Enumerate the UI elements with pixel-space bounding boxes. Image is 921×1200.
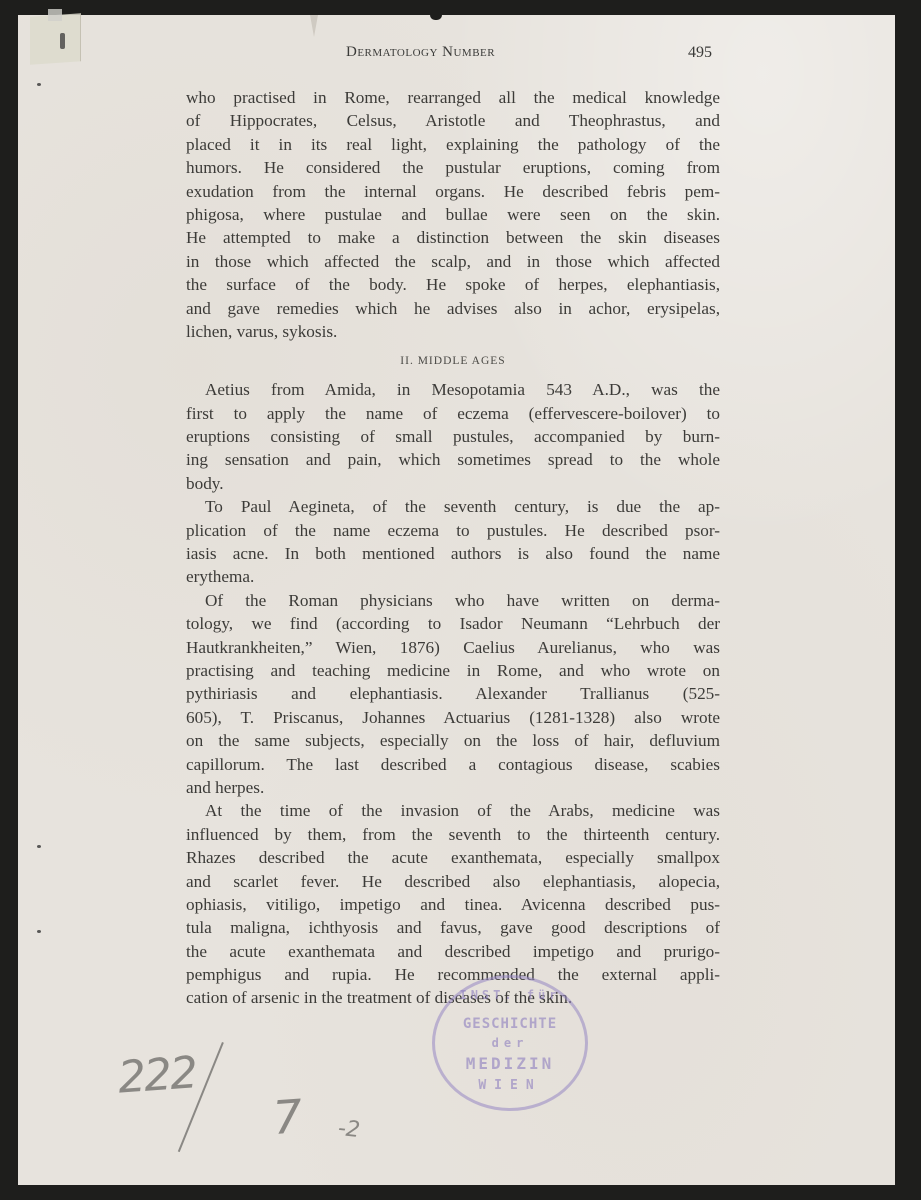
text-line: who practised in Rome, rearranged all th… <box>186 86 720 109</box>
text-line: ophiasis, vitiligo, impetigo and tinea. … <box>186 893 720 916</box>
text-line: practising and teaching medicine in Rome… <box>186 659 720 682</box>
paper-notch <box>430 15 442 20</box>
paragraph-3: To Paul Aegineta, of the seventh century… <box>186 495 720 589</box>
text-line: iasis acne. In both mentioned authors is… <box>186 542 720 565</box>
text-line: pemphigus and rupia. He recommended the … <box>186 963 720 986</box>
text-line: the acute exanthemata and described impe… <box>186 940 720 963</box>
text-line: plication of the name eczema to pustules… <box>186 519 720 542</box>
text-line: ing sensation and pain, which sometimes … <box>186 448 720 471</box>
paragraph-5: At the time of the invasion of the Arabs… <box>186 799 720 1010</box>
running-title: Dermatology Number <box>346 44 495 61</box>
text-line: of Hippocrates, Celsus, Aristotle and Th… <box>186 109 720 132</box>
text-line: erythema. <box>186 565 720 588</box>
text-line: tology, we find (according to Isador Neu… <box>186 612 720 635</box>
text-line: the surface of the body. He spoke of her… <box>186 273 720 296</box>
text-line: in those which affected the scalp, and i… <box>186 250 720 273</box>
text-line: At the time of the invasion of the Arabs… <box>186 799 720 822</box>
text-line: Of the Roman physicians who have written… <box>186 589 720 612</box>
text-line: exudation from the internal organs. He d… <box>186 180 720 203</box>
text-line: eruptions consisting of small pustules, … <box>186 425 720 448</box>
stamp-line: WIEN <box>435 1078 585 1093</box>
paragraph-1: who practised in Rome, rearranged all th… <box>186 86 720 343</box>
body-text: who practised in Rome, rearranged all th… <box>186 86 720 1010</box>
text-line: He attempted to make a distinction betwe… <box>186 226 720 249</box>
text-line: capillorum. The last described a contagi… <box>186 753 720 776</box>
text-line: tula maligna, ichthyosis and favus, gave… <box>186 916 720 939</box>
library-stamp: INST. für GESCHICHTE der MEDIZIN WIEN <box>432 975 588 1111</box>
stamp-line: MEDIZIN <box>435 1054 585 1073</box>
text-line: influenced by them, from the seventh to … <box>186 823 720 846</box>
text-line: phigosa, where pustulae and bullae were … <box>186 203 720 226</box>
paragraph-2: Aetius from Amida, in Mesopotamia 543 A.… <box>186 378 720 495</box>
text-line: body. <box>186 472 720 495</box>
text-line: To Paul Aegineta, of the seventh century… <box>186 495 720 518</box>
handwritten-fraction: 7 <box>271 1089 304 1145</box>
handwritten-number: 222 <box>116 1047 197 1103</box>
text-line: Hautkrankheiten,” Wien, 1876) Caelius Au… <box>186 636 720 659</box>
text-line: and gave remedies which he advises also … <box>186 297 720 320</box>
archive-mark <box>60 33 65 49</box>
stamp-line: der <box>435 1036 585 1050</box>
text-line: first to apply the name of eczema (effer… <box>186 402 720 425</box>
page-number: 495 <box>688 44 712 62</box>
text-line: lichen, varus, sykosis. <box>186 320 720 343</box>
text-line: on the same subjects, especially on the … <box>186 729 720 752</box>
text-line: and scarlet fever. He described also ele… <box>186 870 720 893</box>
text-line: Aetius from Amida, in Mesopotamia 543 A.… <box>186 378 720 401</box>
binding-hole <box>37 83 41 86</box>
text-line: placed it in its real light, explaining … <box>186 133 720 156</box>
binding-hole <box>37 845 41 848</box>
text-line: 605), T. Priscanus, Johannes Actuarius (… <box>186 706 720 729</box>
paragraph-4: Of the Roman physicians who have written… <box>186 589 720 800</box>
handwritten-suffix: -2 <box>337 1116 361 1143</box>
tape-fragment <box>48 9 62 21</box>
stamp-line: GESCHICHTE <box>435 1016 585 1032</box>
text-line: pythiriasis and elephantiasis. Alexander… <box>186 682 720 705</box>
section-heading: II. MIDDLE AGES <box>186 343 720 378</box>
text-line: humors. He considered the pustular erupt… <box>186 156 720 179</box>
binding-hole <box>37 930 41 933</box>
text-line: and herpes. <box>186 776 720 799</box>
text-line: Rhazes described the acute exanthemata, … <box>186 846 720 869</box>
stamp-line: INST. für <box>435 988 585 1002</box>
paper-tear <box>310 15 318 37</box>
